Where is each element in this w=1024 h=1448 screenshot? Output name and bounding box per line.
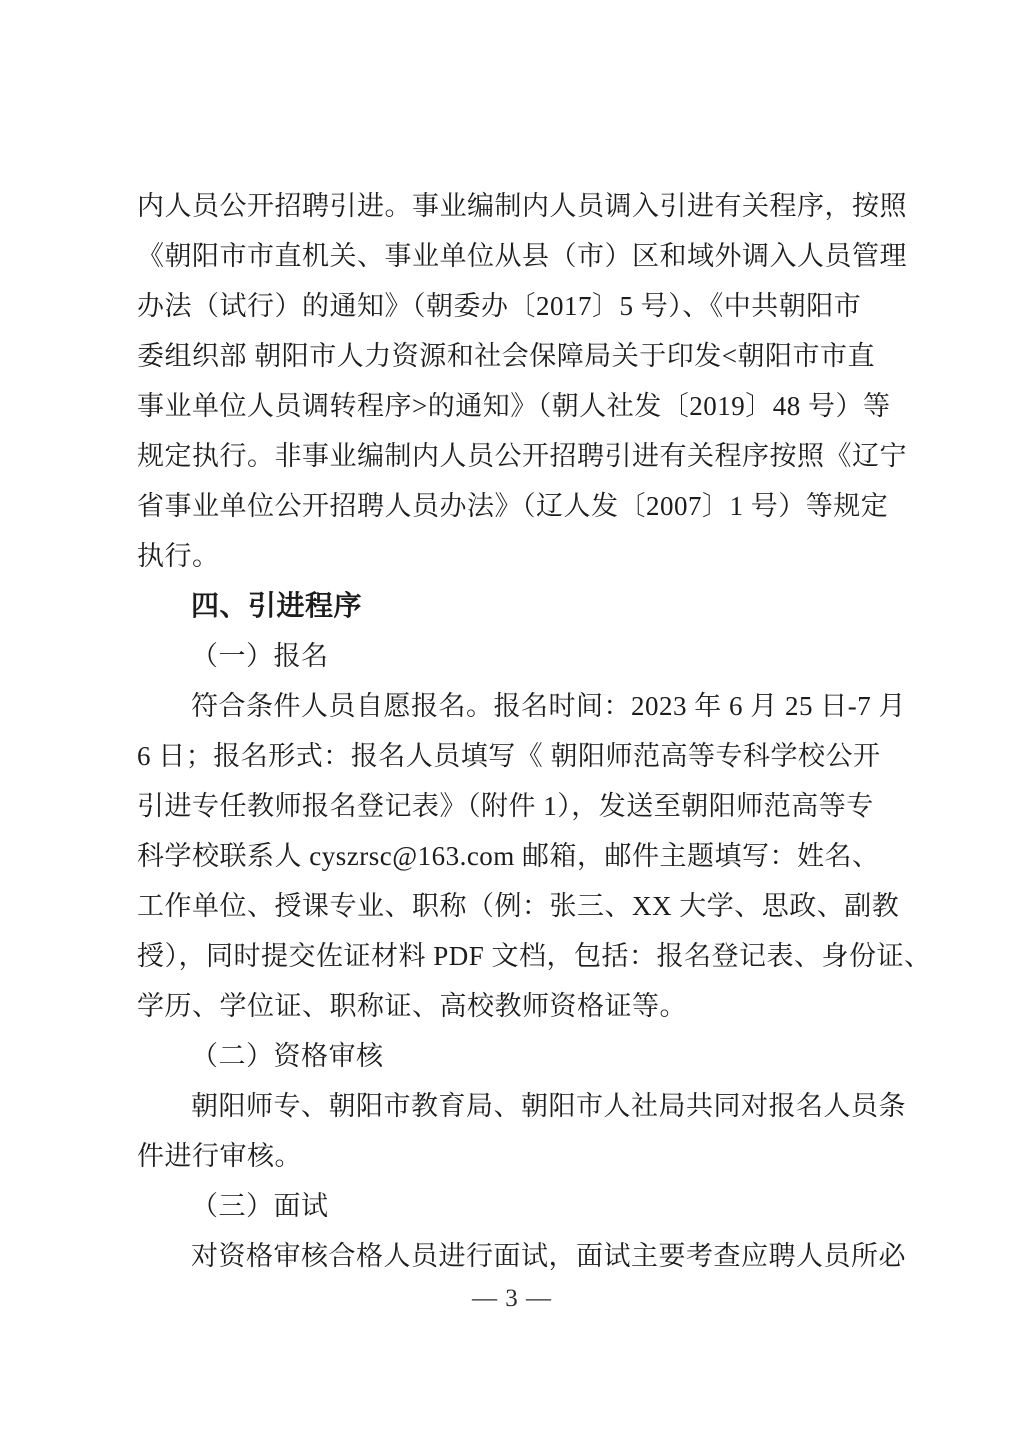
text-line: 工作单位、授课专业、职称（例：张三、XX 大学、思政、副教 [137,881,906,931]
text-line: 委组织部 朝阳市人力资源和社会保障局关于印发<朝阳市市直 [137,331,906,381]
page-body: 内人员公开招聘引进。事业编制内人员调入引进有关程序，按照 《朝阳市市直机关、事业… [137,181,906,1281]
text-line: 事业单位人员调转程序>的通知》（朝人社发〔2019〕48 号）等 [137,381,906,431]
text-line: 省事业单位公开招聘人员办法》（辽人发〔2007〕1 号）等规定 [137,481,906,531]
text-line: 内人员公开招聘引进。事业编制内人员调入引进有关程序，按照 [137,181,906,231]
text-line: 《朝阳市市直机关、事业单位从县（市）区和域外调入人员管理 [137,231,906,281]
text-line: 办法（试行）的通知》（朝委办〔2017〕5 号）、《中共朝阳市 [137,281,906,331]
text-line: 对资格审核合格人员进行面试，面试主要考查应聘人员所必 [137,1231,906,1281]
text-line: 6 日；报名形式：报名人员填写《 朝阳师范高等专科学校公开 [137,731,906,781]
text-line: 学历、学位证、职称证、高校教师资格证等。 [137,981,906,1031]
text-line: 执行。 [137,531,906,581]
subsection-heading: （二）资格审核 [137,1031,906,1081]
text-line: 引进专任教师报名登记表》（附件 1），发送至朝阳师范高等专 [137,781,906,831]
section-heading: 四、引进程序 [137,581,906,631]
text-line: 件进行审核。 [137,1131,906,1181]
text-line: 科学校联系人 cyszrsc@163.com 邮箱，邮件主题填写：姓名、 [137,831,906,881]
text-line: 规定执行。非事业编制内人员公开招聘引进有关程序按照《辽宁 [137,431,906,481]
document-page: 内人员公开招聘引进。事业编制内人员调入引进有关程序，按照 《朝阳市市直机关、事业… [0,0,1024,1448]
text-line: 符合条件人员自愿报名。报名时间：2023 年 6 月 25 日-7 月 [137,681,906,731]
page-number: — 3 — [0,1283,1024,1315]
subsection-heading: （一）报名 [137,631,906,681]
subsection-heading: （三）面试 [137,1181,906,1231]
text-line: 朝阳师专、朝阳市教育局、朝阳市人社局共同对报名人员条 [137,1081,906,1131]
text-line: 授），同时提交佐证材料 PDF 文档，包括：报名登记表、身份证、 [137,931,906,981]
